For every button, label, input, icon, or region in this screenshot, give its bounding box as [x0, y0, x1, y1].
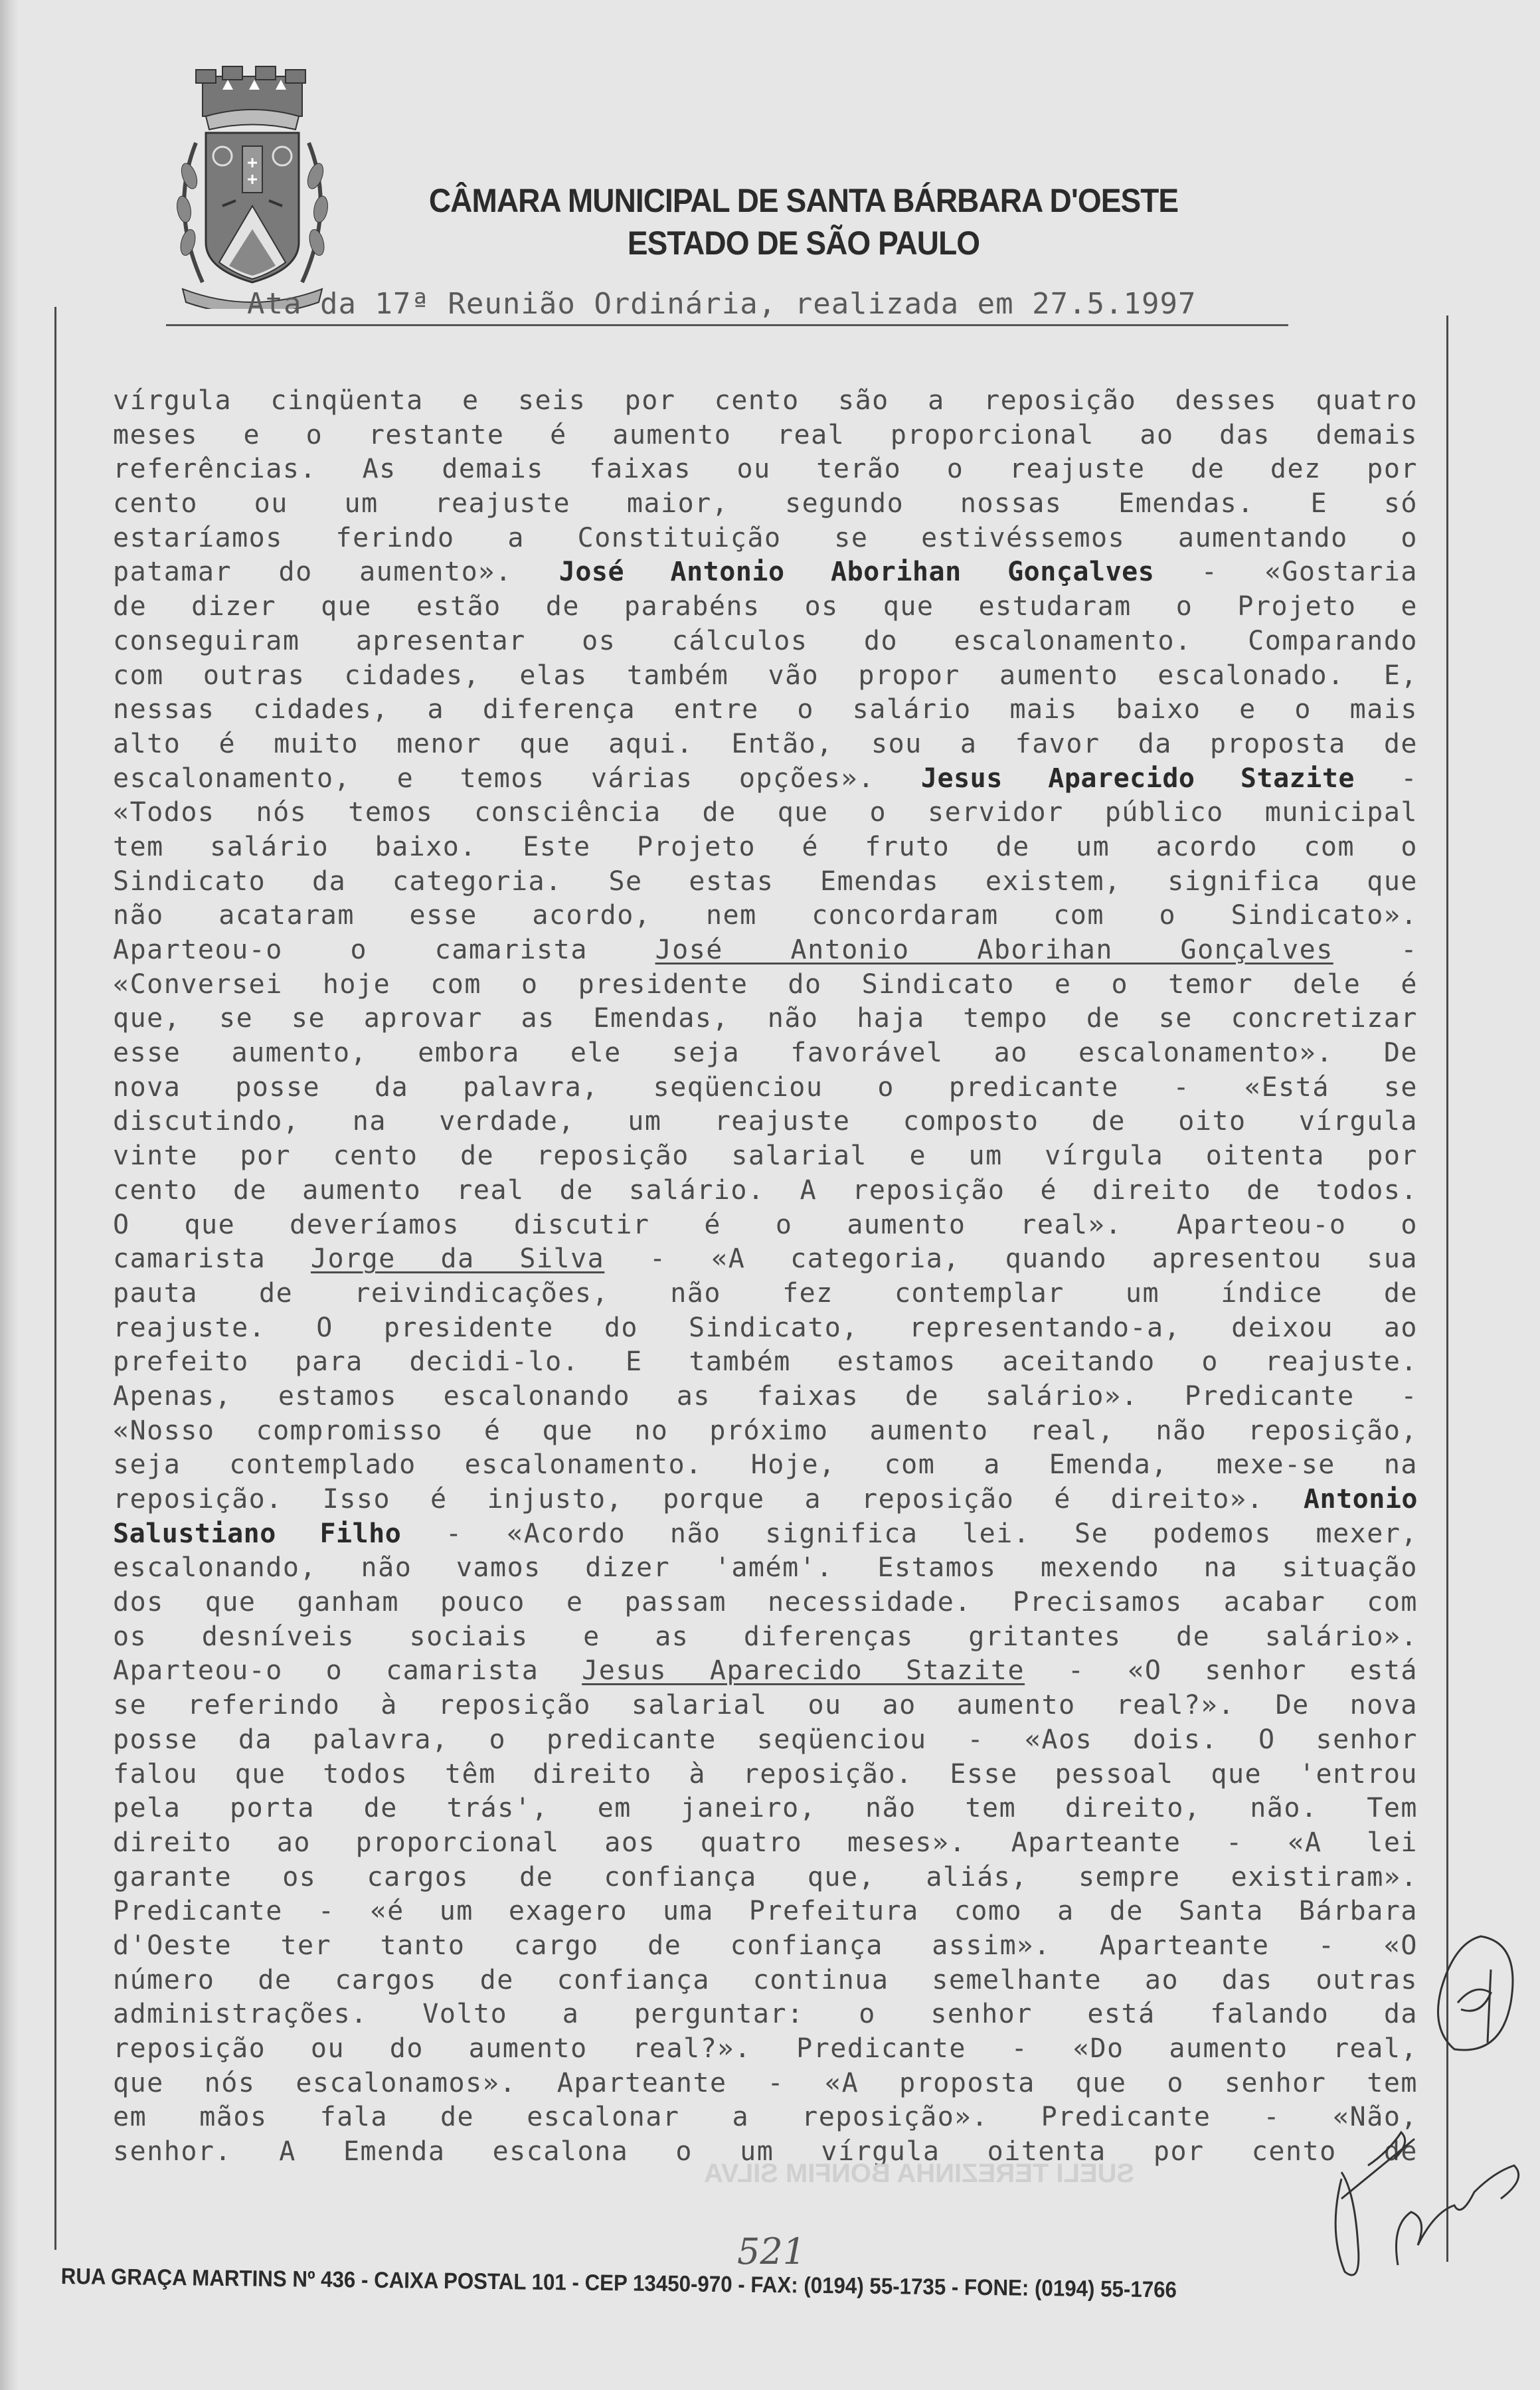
text-segment: d'Oeste ter tanto cargo de confiança ass… [113, 1930, 1418, 1961]
text-segment: - [1333, 935, 1418, 965]
text-line: que nós escalonamos». Aparteante - «A pr… [113, 2067, 1418, 2101]
minutes-title: Ata da 17ª Reunião Ordinária, realizada … [247, 287, 1197, 321]
text-segment: Predicante - «é um exagero uma Prefeitur… [113, 1896, 1418, 1926]
text-line: com outras cidades, elas também vão prop… [113, 659, 1418, 693]
text-line: estaríamos ferindo a Constituição se est… [113, 521, 1418, 556]
bleed-through-text: SUELI TEREZINHA BONFIM SILVA [704, 2159, 1134, 2189]
text-line: número de cargos de confiança continua s… [113, 1964, 1418, 1998]
text-line: patamar do aumento». José Antonio Aborih… [113, 555, 1418, 590]
text-line: escalonamento, e temos várias opções». J… [113, 762, 1418, 796]
text-segment: administrações. Volto a perguntar: o sen… [113, 1999, 1418, 2029]
text-segment: dos que ganham pouco e passam necessidad… [113, 1587, 1418, 1617]
text-segment: esse aumento, embora ele seja favorável … [113, 1038, 1418, 1068]
text-line: cento de aumento real de salário. A repo… [113, 1174, 1418, 1208]
text-line: não acataram esse acordo, nem concordara… [113, 899, 1418, 933]
text-segment: cento de aumento real de salário. A repo… [113, 1175, 1418, 1206]
text-segment: vinte por cento de reposição salarial e … [113, 1141, 1418, 1171]
text-segment: direito ao proporcional aos quatro meses… [113, 1827, 1418, 1858]
speaker-name: Salustiano Filho [113, 1518, 401, 1549]
text-line: escalonando, não vamos dizer 'amém'. Est… [113, 1551, 1418, 1586]
text-segment: «Conversei hoje com o presidente do Sind… [113, 969, 1418, 1000]
text-segment: escalonando, não vamos dizer 'amém'. Est… [113, 1552, 1418, 1583]
text-line: dos que ganham pouco e passam necessidad… [113, 1586, 1418, 1620]
text-line: meses e o restante é aumento real propor… [113, 418, 1418, 453]
left-margin-rule [54, 307, 56, 2250]
text-segment: número de cargos de confiança continua s… [113, 1965, 1418, 1995]
text-line: vírgula cinqüenta e seis por cento são a… [113, 384, 1418, 418]
text-line: Predicante - «é um exagero uma Prefeitur… [113, 1894, 1418, 1929]
text-segment: «Nosso compromisso é que no próximo aume… [113, 1416, 1418, 1446]
text-line: pela porta de trás', em janeiro, não tem… [113, 1792, 1418, 1826]
text-segment: posse da palavra, o predicante seqüencio… [113, 1724, 1418, 1755]
text-segment: alto é muito menor que aqui. Então, sou … [113, 729, 1418, 759]
letterhead: CÂMARA MUNICIPAL DE SANTA BÁRBARA D'OEST… [372, 179, 1235, 264]
text-segment: não acataram esse acordo, nem concordara… [113, 900, 1418, 931]
text-segment: reajuste. O presidente do Sindicato, rep… [113, 1313, 1418, 1343]
interjector-name: José Antonio Aborihan Gonçalves [655, 935, 1333, 965]
text-segment: falou que todos têm direito à reposição.… [113, 1759, 1418, 1790]
text-line: «Conversei hoje com o presidente do Sind… [113, 968, 1418, 1002]
text-line: se referindo à reposição salarial ou ao … [113, 1689, 1418, 1723]
text-line: vinte por cento de reposição salarial e … [113, 1139, 1418, 1174]
text-segment: Aparteou-o o camarista [113, 935, 655, 965]
text-line: alto é muito menor que aqui. Então, sou … [113, 727, 1418, 762]
text-line: esse aumento, embora ele seja favorável … [113, 1036, 1418, 1071]
text-line: reajuste. O presidente do Sindicato, rep… [113, 1311, 1418, 1346]
text-segment: reposição ou do aumento real?». Predican… [113, 2033, 1418, 2064]
text-segment: nova posse da palavra, seqüenciou o pred… [113, 1072, 1418, 1103]
speaker-name: Antonio [1304, 1484, 1418, 1515]
text-segment: estaríamos ferindo a Constituição se est… [113, 523, 1418, 553]
right-margin-rule [1446, 316, 1448, 2262]
text-line: direito ao proporcional aos quatro meses… [113, 1826, 1418, 1861]
text-segment: com outras cidades, elas também vão prop… [113, 660, 1418, 691]
text-segment: Sindicato da categoria. Se estas Emendas… [113, 866, 1418, 897]
text-segment: Apenas, estamos escalonando as faixas de… [113, 1381, 1418, 1412]
text-line: em mãos fala de escalonar a reposição». … [113, 2100, 1418, 2135]
speaker-name: Jesus Aparecido Stazite [921, 763, 1355, 794]
text-segment: tem salário baixo. Este Projeto é fruto … [113, 832, 1418, 862]
text-segment: vírgula cinqüenta e seis por cento são a… [113, 385, 1418, 416]
text-segment: «Todos nós temos consciência de que o se… [113, 797, 1418, 828]
text-line: Apenas, estamos escalonando as faixas de… [113, 1380, 1418, 1414]
text-segment: reposição. Isso é injusto, porque a repo… [113, 1484, 1304, 1515]
speaker-name: José Antonio Aborihan Gonçalves [559, 557, 1155, 587]
text-segment: se referindo à reposição salarial ou ao … [113, 1690, 1418, 1720]
text-line: nessas cidades, a diferença entre o salá… [113, 693, 1418, 727]
text-line: administrações. Volto a perguntar: o sen… [113, 1997, 1418, 2032]
text-segment: que, se se aprovar as Emendas, não haja … [113, 1003, 1418, 1034]
text-segment: - [1355, 763, 1418, 794]
text-line: posse da palavra, o predicante seqüencio… [113, 1723, 1418, 1758]
text-line: reposição ou do aumento real?». Predican… [113, 2032, 1418, 2067]
text-segment: garante os cargos de confiança que, aliá… [113, 1862, 1418, 1892]
organization-name: CÂMARA MUNICIPAL DE SANTA BÁRBARA D'OEST… [406, 179, 1201, 222]
text-segment: cento ou um reajuste maior, segundo noss… [113, 488, 1418, 519]
text-line: reposição. Isso é injusto, porque a repo… [113, 1483, 1418, 1517]
text-segment: - «A categoria, quando apresentou sua [604, 1243, 1418, 1274]
text-segment: - «Gostaria [1154, 557, 1418, 587]
text-line: nova posse da palavra, seqüenciou o pred… [113, 1071, 1418, 1105]
text-line: prefeito para decidi-lo. E também estamo… [113, 1345, 1418, 1380]
text-line: O que deveríamos discutir é o aumento re… [113, 1208, 1418, 1243]
text-line: cento ou um reajuste maior, segundo noss… [113, 487, 1418, 521]
text-segment: - «Acordo não significa lei. Se podemos … [401, 1518, 1418, 1549]
interjector-name: Jorge da Silva [311, 1243, 604, 1274]
state-name: ESTADO DE SÃO PAULO [406, 222, 1201, 264]
text-line: Sindicato da categoria. Se estas Emendas… [113, 865, 1418, 899]
text-line: «Todos nós temos consciência de que o se… [113, 796, 1418, 830]
text-segment: de dizer que estão de parabéns os que es… [113, 591, 1418, 622]
text-line: seja contemplado escalonamento. Hoje, co… [113, 1448, 1418, 1483]
text-segment: que nós escalonamos». Aparteante - «A pr… [113, 2068, 1418, 2098]
text-line: os desníveis sociais e as diferenças gri… [113, 1620, 1418, 1655]
text-segment: Aparteou-o o camarista [113, 1655, 582, 1686]
text-segment: prefeito para decidi-lo. E também estamo… [113, 1346, 1418, 1377]
minutes-body: vírgula cinqüenta e seis por cento são a… [113, 384, 1418, 2169]
text-segment: patamar do aumento». [113, 557, 559, 587]
text-line: tem salário baixo. Este Projeto é fruto … [113, 830, 1418, 865]
text-segment: nessas cidades, a diferença entre o salá… [113, 694, 1418, 725]
handwritten-signature-circle [1428, 1930, 1521, 2063]
interjector-name: Jesus Aparecido Stazite [582, 1655, 1025, 1686]
text-segment: escalonamento, e temos várias opções». [113, 763, 921, 794]
text-line: camarista Jorge da Silva - «A categoria,… [113, 1242, 1418, 1277]
title-underline [166, 324, 1288, 326]
text-segment: em mãos fala de escalonar a reposição». … [113, 2102, 1418, 2132]
text-line: Salustiano Filho - «Acordo não significa… [113, 1517, 1418, 1552]
text-segment: seja contemplado escalonamento. Hoje, co… [113, 1449, 1418, 1480]
text-segment: meses e o restante é aumento real propor… [113, 420, 1418, 450]
text-segment: O que deveríamos discutir é o aumento re… [113, 1210, 1418, 1240]
text-line: de dizer que estão de parabéns os que es… [113, 590, 1418, 624]
text-segment: - «O senhor está [1025, 1655, 1418, 1686]
text-line: garante os cargos de confiança que, aliá… [113, 1861, 1418, 1895]
text-segment: referências. As demais faixas ou terão o… [113, 454, 1418, 484]
text-line: que, se se aprovar as Emendas, não haja … [113, 1002, 1418, 1036]
text-line: d'Oeste ter tanto cargo de confiança ass… [113, 1929, 1418, 1964]
text-segment: pela porta de trás', em janeiro, não tem… [113, 1793, 1418, 1823]
text-segment: discutindo, na verdade, um reajuste comp… [113, 1106, 1418, 1137]
page-number: 521 [737, 2231, 806, 2272]
text-line: pauta de reivindicações, não fez contemp… [113, 1277, 1418, 1311]
text-line: Aparteou-o o camarista José Antonio Abor… [113, 933, 1418, 968]
text-line: «Nosso compromisso é que no próximo aume… [113, 1414, 1418, 1449]
scan-edge-shadow [0, 0, 19, 2390]
text-line: falou que todos têm direito à reposição.… [113, 1758, 1418, 1792]
text-line: Aparteou-o o camarista Jesus Aparecido S… [113, 1654, 1418, 1689]
text-line: conseguiram apresentar os cálculos do es… [113, 624, 1418, 659]
text-segment: conseguiram apresentar os cálculos do es… [113, 626, 1418, 656]
text-segment: pauta de reivindicações, não fez contemp… [113, 1278, 1418, 1309]
text-segment: os desníveis sociais e as diferenças gri… [113, 1621, 1418, 1652]
municipal-coat-of-arms-icon [143, 63, 355, 309]
text-segment: camarista [113, 1243, 311, 1274]
footer-address: RUA GRAÇA MARTINS Nº 436 - CAIXA POSTAL … [61, 2264, 1344, 2306]
text-line: discutindo, na verdade, um reajuste comp… [113, 1105, 1418, 1139]
text-line: referências. As demais faixas ou terão o… [113, 452, 1418, 487]
